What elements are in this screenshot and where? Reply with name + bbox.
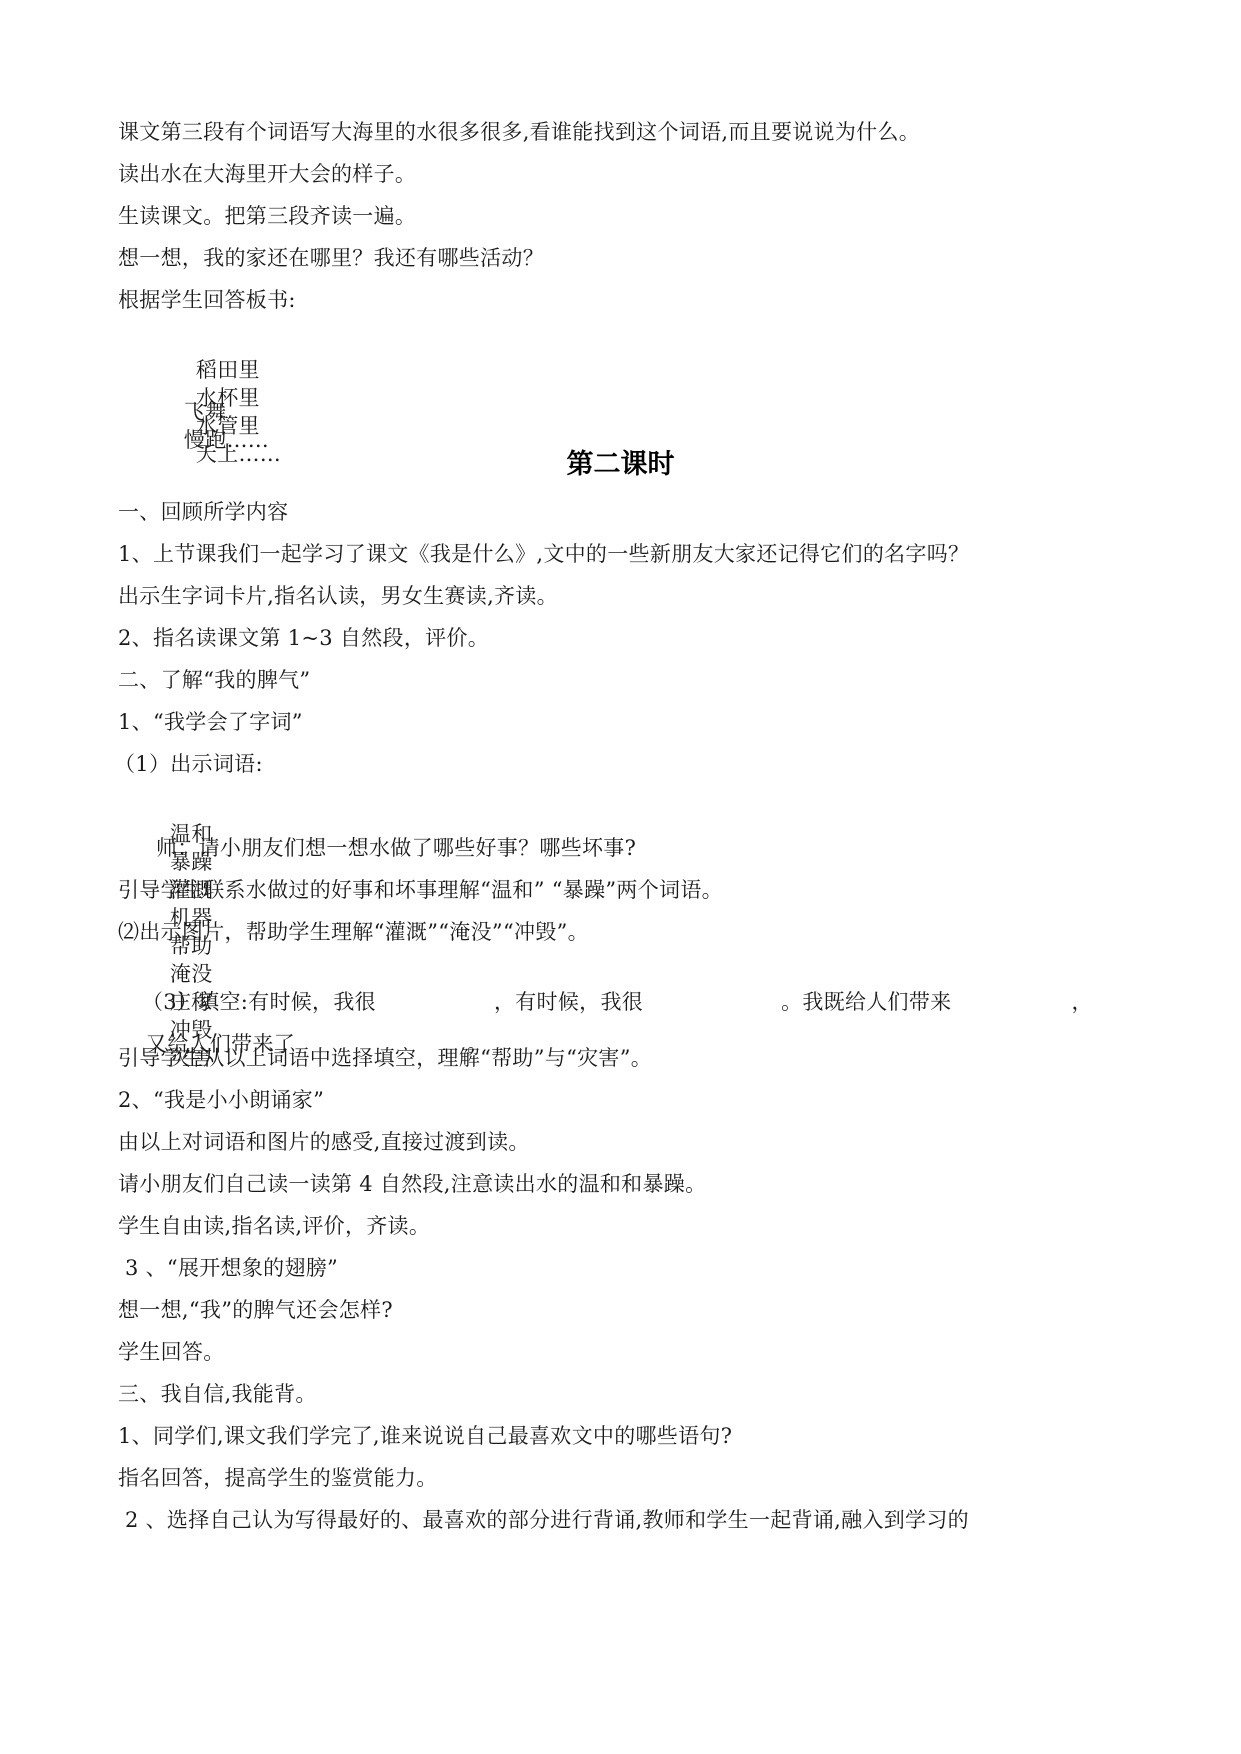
paragraph-line: 生读课文。把第三段齐读一遍。 <box>118 202 416 230</box>
fill-text: 。我既给人们带来 <box>781 990 951 1014</box>
paragraph-line: 引导学生联系水做过的好事和坏事理解“温和” “暴躁”两个词语。 <box>118 876 723 904</box>
paragraph-line: 课文第三段有个词语写大海里的水很多很多,看谁能找到这个词语,而且要说说为什么。 <box>118 118 920 146</box>
subheading: 2、“我是小小朗诵家” <box>118 1086 324 1114</box>
document-page: 课文第三段有个词语写大海里的水很多很多,看谁能找到这个词语,而且要说说为什么。 … <box>0 0 1241 1754</box>
paragraph-line: 想一想,“我”的脾气还会怎样? <box>118 1296 393 1324</box>
paragraph-line: 学生回答。 <box>118 1338 225 1366</box>
paragraph-line: 引导学生从以上词语中选择填空，理解“帮助”与“灾害”。 <box>118 1044 652 1072</box>
paragraph-line: 学生自由读,指名读,评价，齐读。 <box>118 1212 430 1240</box>
paragraph-line: 1、同学们,课文我们学完了,谁来说说自己最喜欢文中的哪些语句? <box>118 1422 732 1450</box>
paragraph-line: 1、上节课我们一起学习了课文《我是什么》,文中的一些新朋友大家还记得它们的名字吗… <box>118 540 969 568</box>
subheading: 3 、“展开想象的翅膀” <box>118 1254 338 1282</box>
paragraph-line: 想一想，我的家还在哪里？我还有哪些活动？ <box>118 244 544 272</box>
paragraph-line: ⑵出示图片，帮助学生理解“灌溉”“淹没”“冲毁”。 <box>118 918 589 946</box>
paragraph-line: 指名回答，提高学生的鉴赏能力。 <box>118 1464 438 1492</box>
paragraph-line: 请小朋友们自己读一读第 4 自然段,注意读出水的温和和暴躁。 <box>118 1170 706 1198</box>
paragraph-line: 读出水在大海里开大会的样子。 <box>118 160 416 188</box>
paragraph-line: 出示生字词卡片,指名认读，男女生赛读,齐读。 <box>118 582 558 610</box>
paragraph-line: 由以上对词语和图片的感受,直接过渡到读。 <box>118 1128 530 1156</box>
subheading: 1、“我学会了字词” <box>118 708 303 736</box>
paragraph-line: 2 、选择自己认为写得最好的、最喜欢的部分进行背诵,教师和学生一起背诵,融入到学… <box>118 1506 969 1534</box>
heading-review: 一、回顾所学内容 <box>118 498 288 526</box>
heading-temper: 二、了解“我的脾气” <box>118 666 310 694</box>
fill-text: ，有时候，我很 <box>494 990 643 1014</box>
heading-recite: 三、我自信,我能背。 <box>118 1380 317 1408</box>
paragraph-line: （1）出示词语: <box>114 750 263 778</box>
section-title: 第二课时 <box>0 448 1241 482</box>
fill-text: ， <box>1071 990 1092 1014</box>
teacher-prompt: 师：请小朋友们想一想水做了哪些好事？哪些坏事? <box>156 834 636 862</box>
paragraph-line: 根据学生回答板书: <box>118 286 296 314</box>
paragraph-line: 2、指名读课文第 1~3 自然段，评价。 <box>118 624 489 652</box>
board-word: 飞舞 <box>184 398 272 426</box>
